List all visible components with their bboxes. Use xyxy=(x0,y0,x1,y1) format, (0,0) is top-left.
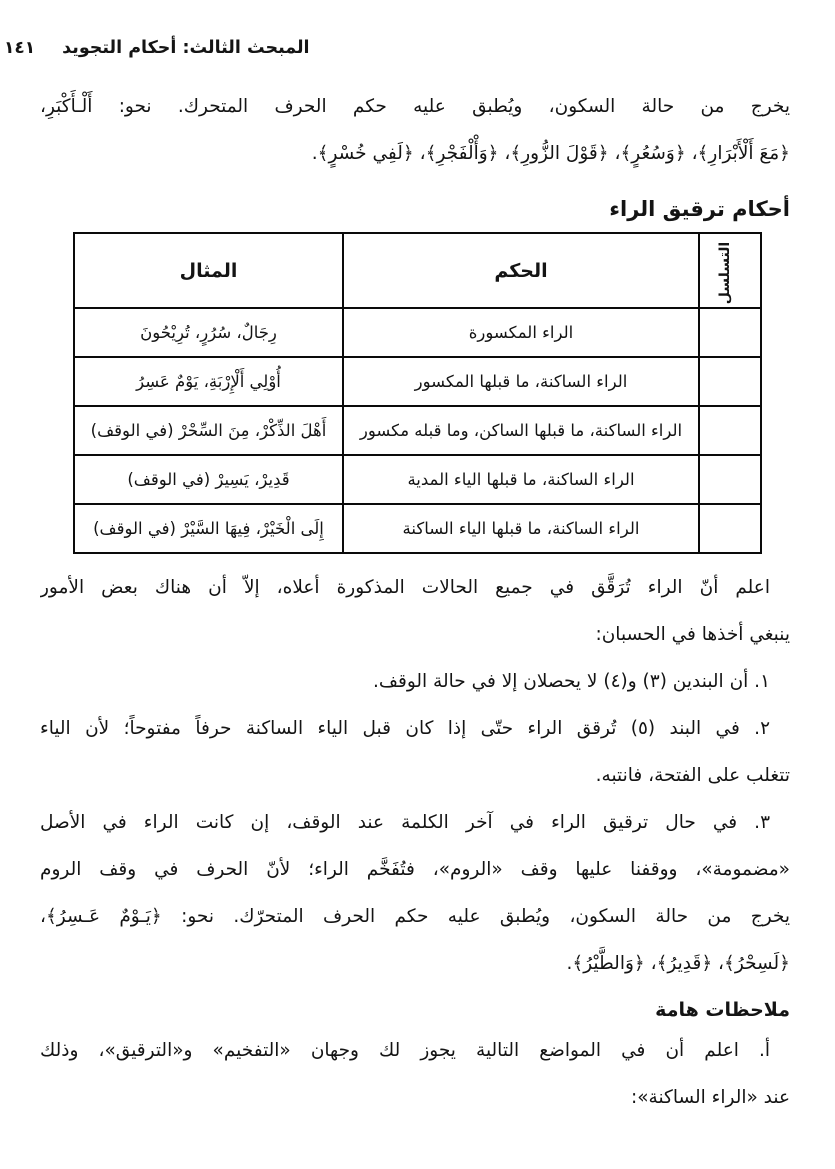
serial-cell xyxy=(699,357,761,406)
note-a-line-2: عند «الراء الساكنة»: xyxy=(40,1074,790,1121)
page-content: يخرج من حالة السكون، ويُطبق عليه حكم الح… xyxy=(0,83,835,1121)
rule-cell: الراء الساكنة، ما قبلها الساكن، وما قبله… xyxy=(343,406,699,455)
item3-line-1: ٣. في حال ترقيق الراء في آخر الكلمة عند … xyxy=(40,799,790,846)
item3-line-4: ﴿لَسِحْرُ﴾، ﴿قَدِيرُ﴾، ﴿وَالطَّيْرُ﴾. xyxy=(40,940,790,987)
table-row: الراء الساكنة، ما قبلها المكسور أُوْلِي … xyxy=(74,357,761,406)
book-page: ١٤١ المبحث الثالث: أحكام التجويد يخرج من… xyxy=(0,0,835,1169)
item3-line-3: يخرج من حالة السكون، ويُطبق عليه حكم الح… xyxy=(40,893,790,940)
item2-line-1: ٢. في البند (٥) تُرقق الراء حتّى إذا كان… xyxy=(40,705,790,752)
page-number: ١٤١ xyxy=(4,38,35,58)
important-notes-heading: ملاحظات هامة xyxy=(40,997,790,1023)
example-cell: قَدِيرْ، يَسِيرْ (في الوقف) xyxy=(74,455,343,504)
tarqeeq-rules-table: التسلسل الحكم المثال الراء المكسورة رِجَ… xyxy=(73,232,762,554)
serial-cell xyxy=(699,504,761,553)
example-cell: أُوْلِي أَلْإِرْبَةِ، يَوْمٌ عَسِرُ xyxy=(74,357,343,406)
numbered-item-3: ٣. في حال ترقيق الراء في آخر الكلمة عند … xyxy=(40,799,790,987)
intro-line-1: يخرج من حالة السكون، ويُطبق عليه حكم الح… xyxy=(40,83,790,130)
rule-cell: الراء الساكنة، ما قبلها المكسور xyxy=(343,357,699,406)
rule-cell: الراء الساكنة، ما قبلها الياء الساكنة xyxy=(343,504,699,553)
item3-line-2: «مضمومة»، ووقفنا عليها وقف «الروم»، فتُف… xyxy=(40,846,790,893)
note-a-line-1: أ. اعلم أن في المواضع التالية يجوز لك وج… xyxy=(40,1027,790,1074)
table-row: الراء المكسورة رِجَالٌ، سُرُرٍ، تُرِيْحُ… xyxy=(74,308,761,357)
rule-cell: الراء الساكنة، ما قبلها الياء المدية xyxy=(343,455,699,504)
chapter-title: المبحث الثالث: أحكام التجويد xyxy=(62,38,309,58)
page-header: ١٤١ المبحث الثالث: أحكام التجويد xyxy=(0,0,835,58)
table-header-row: التسلسل الحكم المثال xyxy=(74,233,761,308)
example-cell: أَهْلَ الذِّكْرْ، مِنَ السِّحْرْ (في الو… xyxy=(74,406,343,455)
numbered-item-1: ١. أن البندين (٣) و(٤) لا يحصلان إلا في … xyxy=(40,658,790,705)
note-line-2: ينبغي أخذها في الحسبان: xyxy=(40,611,790,658)
note-line-1: اعلم أنّ الراء تُرَقَّق في جميع الحالات … xyxy=(40,564,790,611)
rule-cell: الراء المكسورة xyxy=(343,308,699,357)
column-header-serial: التسلسل xyxy=(699,233,761,308)
example-cell: إِلَى الْخَيْرْ، فِيهَا السَّيْرْ (في ال… xyxy=(74,504,343,553)
serial-cell xyxy=(699,308,761,357)
table-row: الراء الساكنة، ما قبلها الياء الساكنة إِ… xyxy=(74,504,761,553)
item2-line-2: تتغلب على الفتحة، فانتبه. xyxy=(40,752,790,799)
note-paragraph: اعلم أنّ الراء تُرَقَّق في جميع الحالات … xyxy=(40,564,790,658)
table-row: الراء الساكنة، ما قبلها الساكن، وما قبله… xyxy=(74,406,761,455)
intro-line-2: ﴿مَعَ أَلْأَبْرَارِ﴾، ﴿وَسُعُرٍ﴾، ﴿قَوْل… xyxy=(40,130,790,177)
intro-paragraph: يخرج من حالة السكون، ويُطبق عليه حكم الح… xyxy=(40,83,790,177)
serial-cell xyxy=(699,406,761,455)
column-header-rule: الحكم xyxy=(343,233,699,308)
column-header-example: المثال xyxy=(74,233,343,308)
section-heading: أحكام ترقيق الراء xyxy=(40,194,790,224)
note-item-a: أ. اعلم أن في المواضع التالية يجوز لك وج… xyxy=(40,1027,790,1121)
example-cell: رِجَالٌ، سُرُرٍ، تُرِيْحُونَ xyxy=(74,308,343,357)
numbered-item-2: ٢. في البند (٥) تُرقق الراء حتّى إذا كان… xyxy=(40,705,790,799)
table-row: الراء الساكنة، ما قبلها الياء المدية قَد… xyxy=(74,455,761,504)
item1-line-1: ١. أن البندين (٣) و(٤) لا يحصلان إلا في … xyxy=(40,658,790,705)
serial-header-label: التسلسل xyxy=(717,241,733,303)
serial-cell xyxy=(699,455,761,504)
